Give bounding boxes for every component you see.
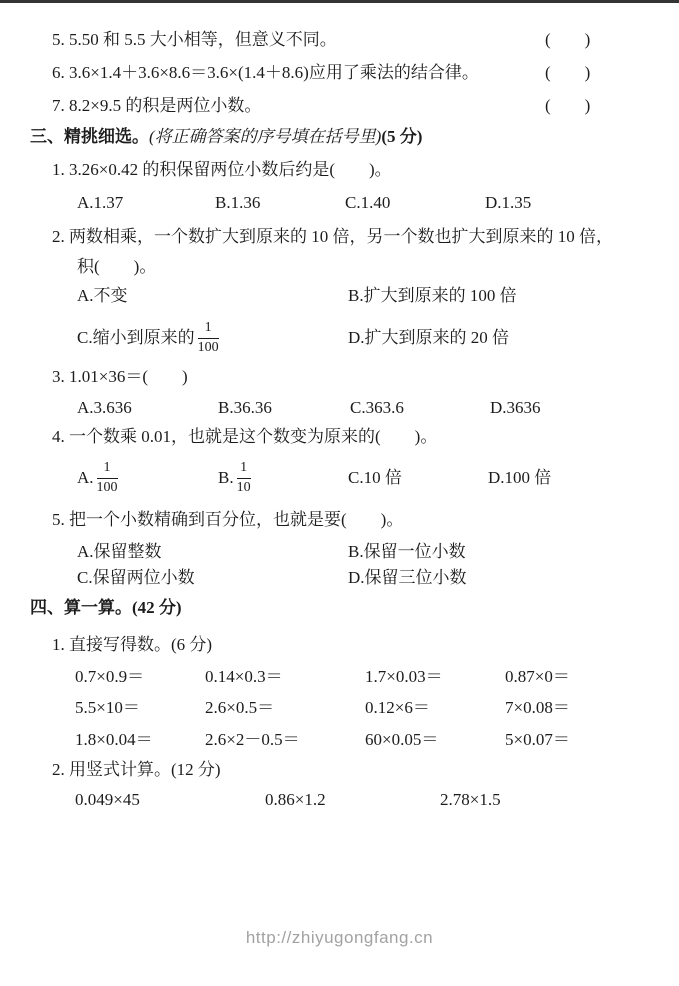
fraction-1-100: 1 100 [198,320,219,355]
fraction-1-100: 1 100 [97,460,118,495]
choice-q5-option-d: D.保留三位小数 [348,566,467,590]
choice-q4-option-d: D.100 倍 [488,466,551,490]
vertical-calc-item: 2.78×1.5 [440,788,501,812]
section-three-points: (5 分) [381,127,422,146]
true-false-item-6: 6. 3.6×1.4＋3.6×8.6＝3.6×(1.4＋8.6)应用了乘法的结合… [52,61,479,85]
choice-q4-option-c: C.10 倍 [348,466,402,490]
fraction-1-10: 1 10 [237,460,251,495]
choice-q1-stem: 1. 3.26×0.42 的积保留两位小数后约是( )。 [52,158,392,182]
section-four-title: 四、算一算。 [30,598,132,617]
answer-bracket-5: ( ) [545,28,590,52]
oral-calc-item: 0.14×0.3＝ [205,665,283,689]
choice-q3-stem: 3. 1.01×36＝( ) [52,365,188,389]
choice-q2-option-c-text: C.缩小到原来的 [77,326,195,350]
choice-q2-option-c: C.缩小到原来的 1 100 [77,316,222,360]
vertical-calc-label: 2. 用竖式计算。(12 分) [52,758,221,782]
choice-q2-option-a: A.不变 [77,284,128,308]
choice-q3-option-a: A.3.636 [77,396,132,420]
choice-q3-option-c: C.363.6 [350,396,404,420]
oral-calc-item: 2.6×0.5＝ [205,696,274,720]
oral-calc-label: 1. 直接写得数。(6 分) [52,633,212,657]
true-false-item-7: 7. 8.2×9.5 的积是两位小数。 [52,94,261,118]
choice-q1-option-c: C.1.40 [345,191,390,215]
choice-q5-stem: 5. 把一个小数精确到百分位，也就是要( )。 [52,508,403,532]
choice-q2-option-d: D.扩大到原来的 20 倍 [348,326,509,350]
oral-calc-item: 0.87×0＝ [505,665,570,689]
choice-q4-option-b-text: B. [218,466,234,490]
oral-calc-item: 1.7×0.03＝ [365,665,443,689]
vertical-calc-item: 0.049×45 [75,788,140,812]
watermark-url: http://zhiyugongfang.cn [0,928,679,948]
section-four-header: 四、算一算。(42 分) [30,596,182,620]
oral-calc-item: 0.7×0.9＝ [75,665,144,689]
section-three-note: (将正确答案的序号填在括号里) [149,127,381,146]
choice-q5-option-c: C.保留两位小数 [77,566,195,590]
choice-q2-stem-line2: 积( )。 [77,255,156,279]
choice-q4-option-a: A. 1 100 [77,456,121,500]
oral-calc-item: 7×0.08＝ [505,696,570,720]
oral-calc-item: 1.8×0.04＝ [75,728,153,752]
answer-bracket-7: ( ) [545,94,590,118]
choice-q4-option-a-text: A. [77,466,94,490]
choice-q5-option-a: A.保留整数 [77,540,162,564]
choice-q2-option-b: B.扩大到原来的 100 倍 [348,284,517,308]
page-top-border [0,0,679,3]
oral-calc-item: 0.12×6＝ [365,696,430,720]
choice-q1-option-b: B.1.36 [215,191,260,215]
vertical-calc-item: 0.86×1.2 [265,788,326,812]
oral-calc-item: 5×0.07＝ [505,728,570,752]
choice-q4-stem: 4. 一个数乘 0.01，也就是这个数变为原来的( )。 [52,425,437,449]
oral-calc-item: 60×0.05＝ [365,728,438,752]
section-three-header: 三、精挑细选。(将正确答案的序号填在括号里)(5 分) [30,125,422,149]
choice-q3-option-b: B.36.36 [218,396,272,420]
choice-q1-option-d: D.1.35 [485,191,531,215]
worksheet-page: 5. 5.50 和 5.5 大小相等，但意义不同。 ( ) 6. 3.6×1.4… [0,0,679,986]
choice-q4-option-b: B. 1 10 [218,456,254,500]
true-false-item-5: 5. 5.50 和 5.5 大小相等，但意义不同。 [52,28,337,52]
choice-q1-option-a: A.1.37 [77,191,123,215]
choice-q5-option-b: B.保留一位小数 [348,540,466,564]
section-three-title: 三、精挑细选。 [30,127,149,146]
choice-q3-option-d: D.3636 [490,396,541,420]
oral-calc-item: 2.6×2－0.5＝ [205,728,300,752]
answer-bracket-6: ( ) [545,61,590,85]
section-four-points: (42 分) [132,598,182,617]
choice-q2-stem-line1: 2. 两数相乘，一个数扩大到原来的 10 倍，另一个数也扩大到原来的 10 倍， [52,225,613,249]
oral-calc-item: 5.5×10＝ [75,696,140,720]
